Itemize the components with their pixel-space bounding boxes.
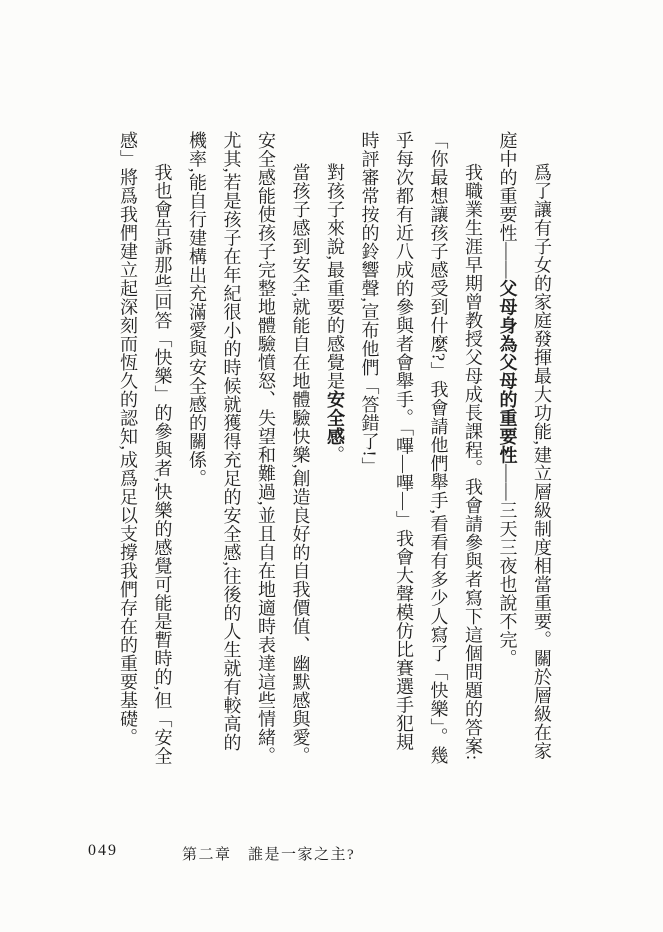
paragraph-segment: ——三天三夜也說不完。: [498, 464, 518, 668]
paragraph-1: 爲了讓有子女的家庭發揮最大功能,建立層級制度相當重要。關於層級在家庭中的重要性—…: [490, 131, 559, 767]
paragraph-segment: 我職業生涯早期曾教授父母成長課程。我會請參與者寫下這個問題的答案:「你最想讓孩子…: [360, 131, 484, 765]
paragraph-2: 我職業生涯早期曾教授父母成長課程。我會請參與者寫下這個問題的答案:「你最想讓孩子…: [352, 131, 490, 767]
paragraph-5: 我也會告訴那些回答「快樂」的參與者,快樂的感覺可能是暫時的,但「安全感」將爲我們…: [111, 131, 180, 767]
paragraph-segment: 對孩子來說,最重要的感覺是: [325, 163, 345, 390]
paragraph-segment: 當孩子感到安全,就能自在地體驗快樂,創造良好的自我價值、幽默感與愛。安全感能使孩…: [187, 131, 311, 765]
bold-emphasis-security: 安全感: [325, 390, 345, 446]
body-text: 爲了讓有子女的家庭發揮最大功能,建立層級制度相當重要。關於層級在家庭中的重要性—…: [111, 131, 560, 767]
paragraph-segment: 我也會告訴那些回答「快樂」的參與者,快樂的感覺可能是暫時的,但「安全感」將爲我們…: [118, 131, 173, 765]
paragraph-3: 對孩子來說,最重要的感覺是安全感。: [318, 131, 353, 767]
paragraph-4: 當孩子感到安全,就能自在地體驗快樂,創造良好的自我價值、幽默感與愛。安全感能使孩…: [180, 131, 318, 767]
bold-emphasis-section-heading: 父母身為父母的重要性: [498, 279, 518, 464]
paragraph-segment: 。: [325, 445, 345, 464]
chapter-title: 第二章 誰是一家之主?: [182, 843, 355, 864]
book-page: 爲了讓有子女的家庭發揮最大功能,建立層級制度相當重要。關於層級在家庭中的重要性—…: [0, 0, 663, 932]
page-number: 049: [88, 842, 118, 860]
